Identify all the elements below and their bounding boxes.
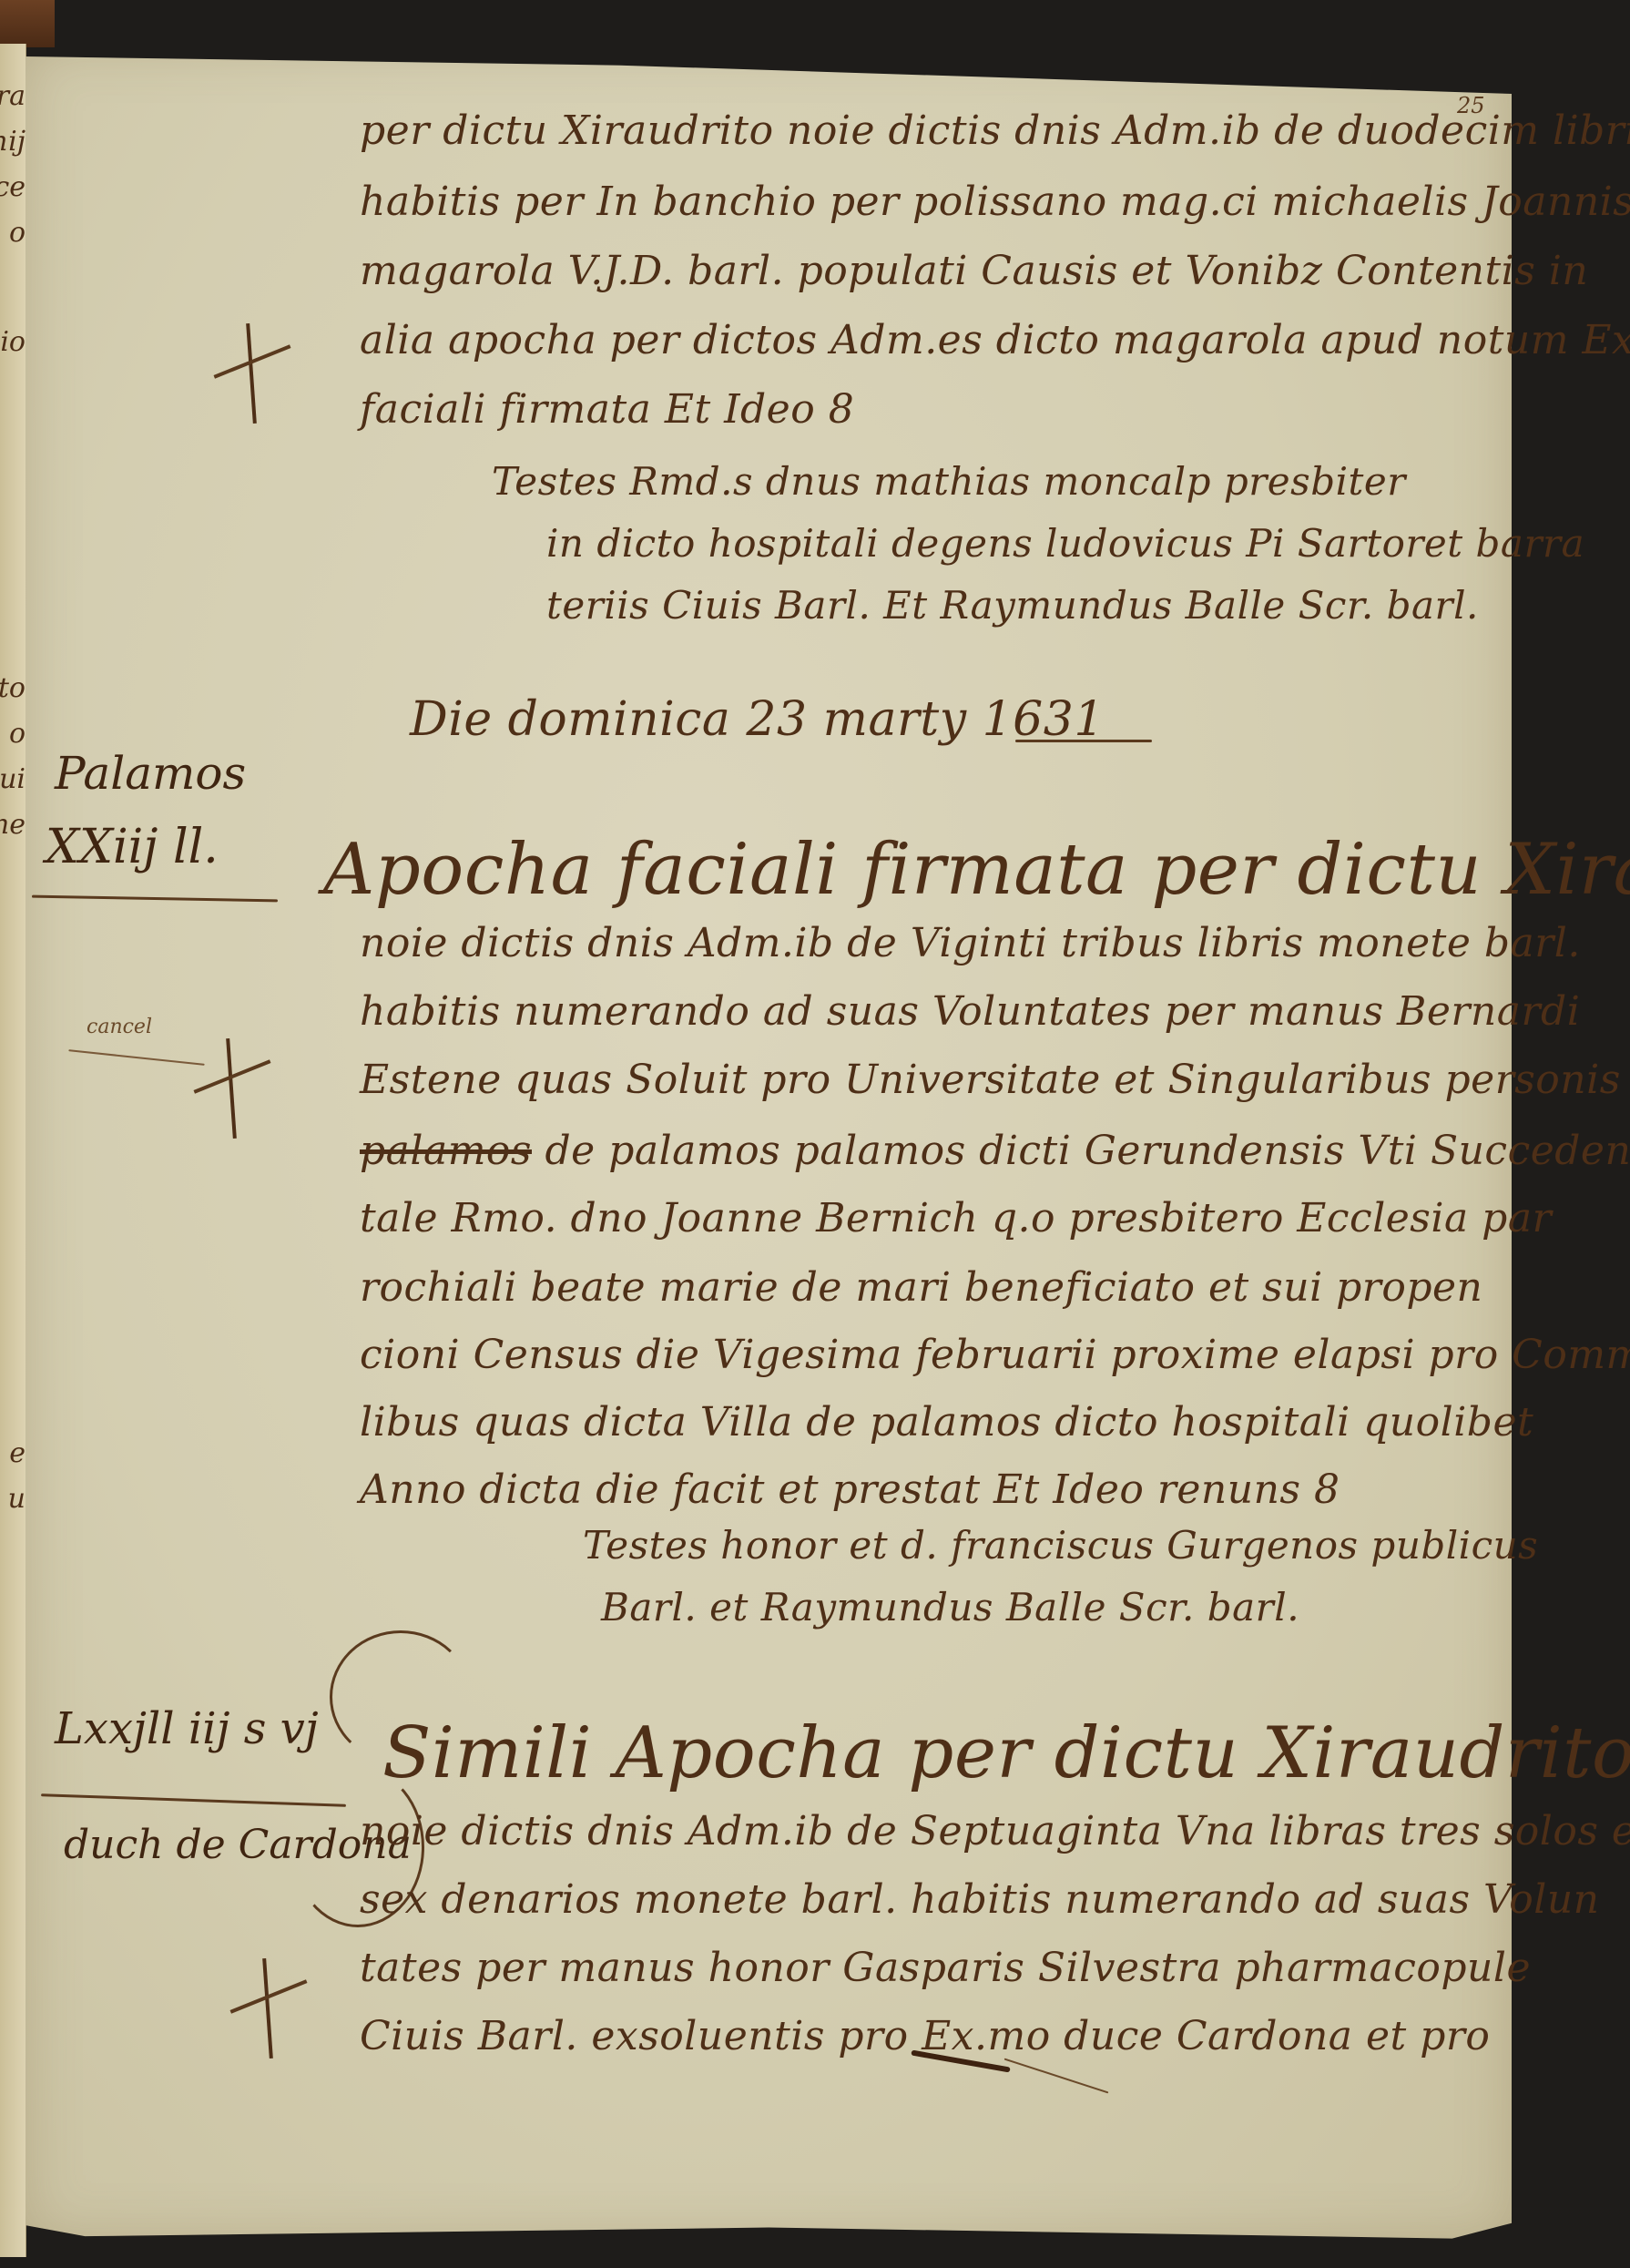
struck-word: palamos bbox=[360, 1128, 532, 1174]
text-line: per dictu Xiraudrito noie dictis dnis Ad… bbox=[360, 107, 1630, 154]
witness-line: in dicto hospitali degens ludovicus Pi S… bbox=[546, 521, 1584, 566]
prev-page-fragment: ui bbox=[0, 763, 25, 795]
text-line: tates per manus honor Gasparis Silvestra… bbox=[360, 1945, 1531, 1991]
text-line: faciali firmata Et Ideo 8 bbox=[360, 386, 854, 433]
margin-amount: XXiij ll. bbox=[46, 820, 219, 874]
binding-strip bbox=[0, 0, 55, 47]
entry-heading: Simili Apocha per dictu Xiraudrito bbox=[382, 1712, 1630, 1794]
text-line-rest: de palamos palamos dicti Gerundensis Vti… bbox=[545, 1128, 1630, 1174]
prev-page-fragment: u bbox=[0, 1483, 25, 1515]
text-line: libus quas dicta Villa de palamos dicto … bbox=[360, 1399, 1533, 1446]
prev-page-fragment: hij bbox=[0, 126, 25, 158]
date-heading: Die dominica 23 marty 1631 bbox=[410, 692, 1105, 747]
text-line: tale Rmo. dno Joanne Bernich q.o presbit… bbox=[360, 1195, 1552, 1241]
text-line: noie dictis dnis Adm.ib de Viginti tribu… bbox=[360, 920, 1581, 966]
previous-page-edge: ra hij ce o cio ito o ui ne e u bbox=[0, 44, 26, 2257]
text-line: Estene quas Soluit pro Universitate et S… bbox=[360, 1057, 1630, 1103]
witness-line: teriis Ciuis Barl. Et Raymundus Balle Sc… bbox=[546, 583, 1479, 628]
entry-heading: Apocha faciali firmata per dictu Xiraudr… bbox=[323, 829, 1630, 911]
text-line: rochiali beate marie de mari beneficiato… bbox=[360, 1264, 1482, 1311]
prev-page-fragment: ce bbox=[0, 171, 25, 203]
prev-page-fragment: ne bbox=[0, 809, 25, 841]
cross-mark-icon bbox=[191, 1038, 273, 1139]
witness-line: Testes Rmd.s dnus mathias moncalp presbi… bbox=[492, 459, 1406, 504]
prev-page-fragment: o bbox=[0, 217, 25, 249]
prev-page-fragment: ito bbox=[0, 672, 25, 704]
prev-page-fragment: cio bbox=[0, 326, 25, 358]
text-line: cioni Census die Vigesima februarii prox… bbox=[360, 1332, 1630, 1378]
margin-place: Palamos bbox=[55, 747, 246, 800]
cross-mark-icon bbox=[211, 323, 293, 424]
prev-page-fragment: o bbox=[0, 718, 25, 750]
prev-page-fragment: e bbox=[0, 1437, 25, 1469]
text-line: palamos de palamos palamos dicti Gerunde… bbox=[360, 1128, 1630, 1174]
prev-page-fragment: ra bbox=[0, 80, 25, 112]
margin-small-note: cancel bbox=[87, 1016, 152, 1038]
text-line: sex denarios monete barl. habitis numera… bbox=[360, 1876, 1600, 1923]
text-line: Anno dicta die facit et prestat Et Ideo … bbox=[360, 1466, 1340, 1513]
cross-mark-icon bbox=[228, 1958, 310, 2059]
text-line: noie dictis dnis Adm.ib de Septuaginta V… bbox=[360, 1808, 1630, 1854]
witness-line: Barl. et Raymundus Balle Scr. barl. bbox=[601, 1585, 1299, 1629]
text-line: alia apocha per dictos Adm.es dicto maga… bbox=[360, 317, 1630, 363]
text-line: habitis numerando ad suas Voluntates per… bbox=[360, 988, 1580, 1035]
witness-line: Testes honor et d. franciscus Gurgenos p… bbox=[583, 1523, 1538, 1568]
text-line: habitis per In banchio per polissano mag… bbox=[360, 179, 1630, 225]
date-underline bbox=[1015, 740, 1152, 742]
margin-amount: Lxxjll iij s vj bbox=[55, 1703, 319, 1754]
text-line: magarola V.J.D. barl. populati Causis et… bbox=[360, 248, 1588, 294]
